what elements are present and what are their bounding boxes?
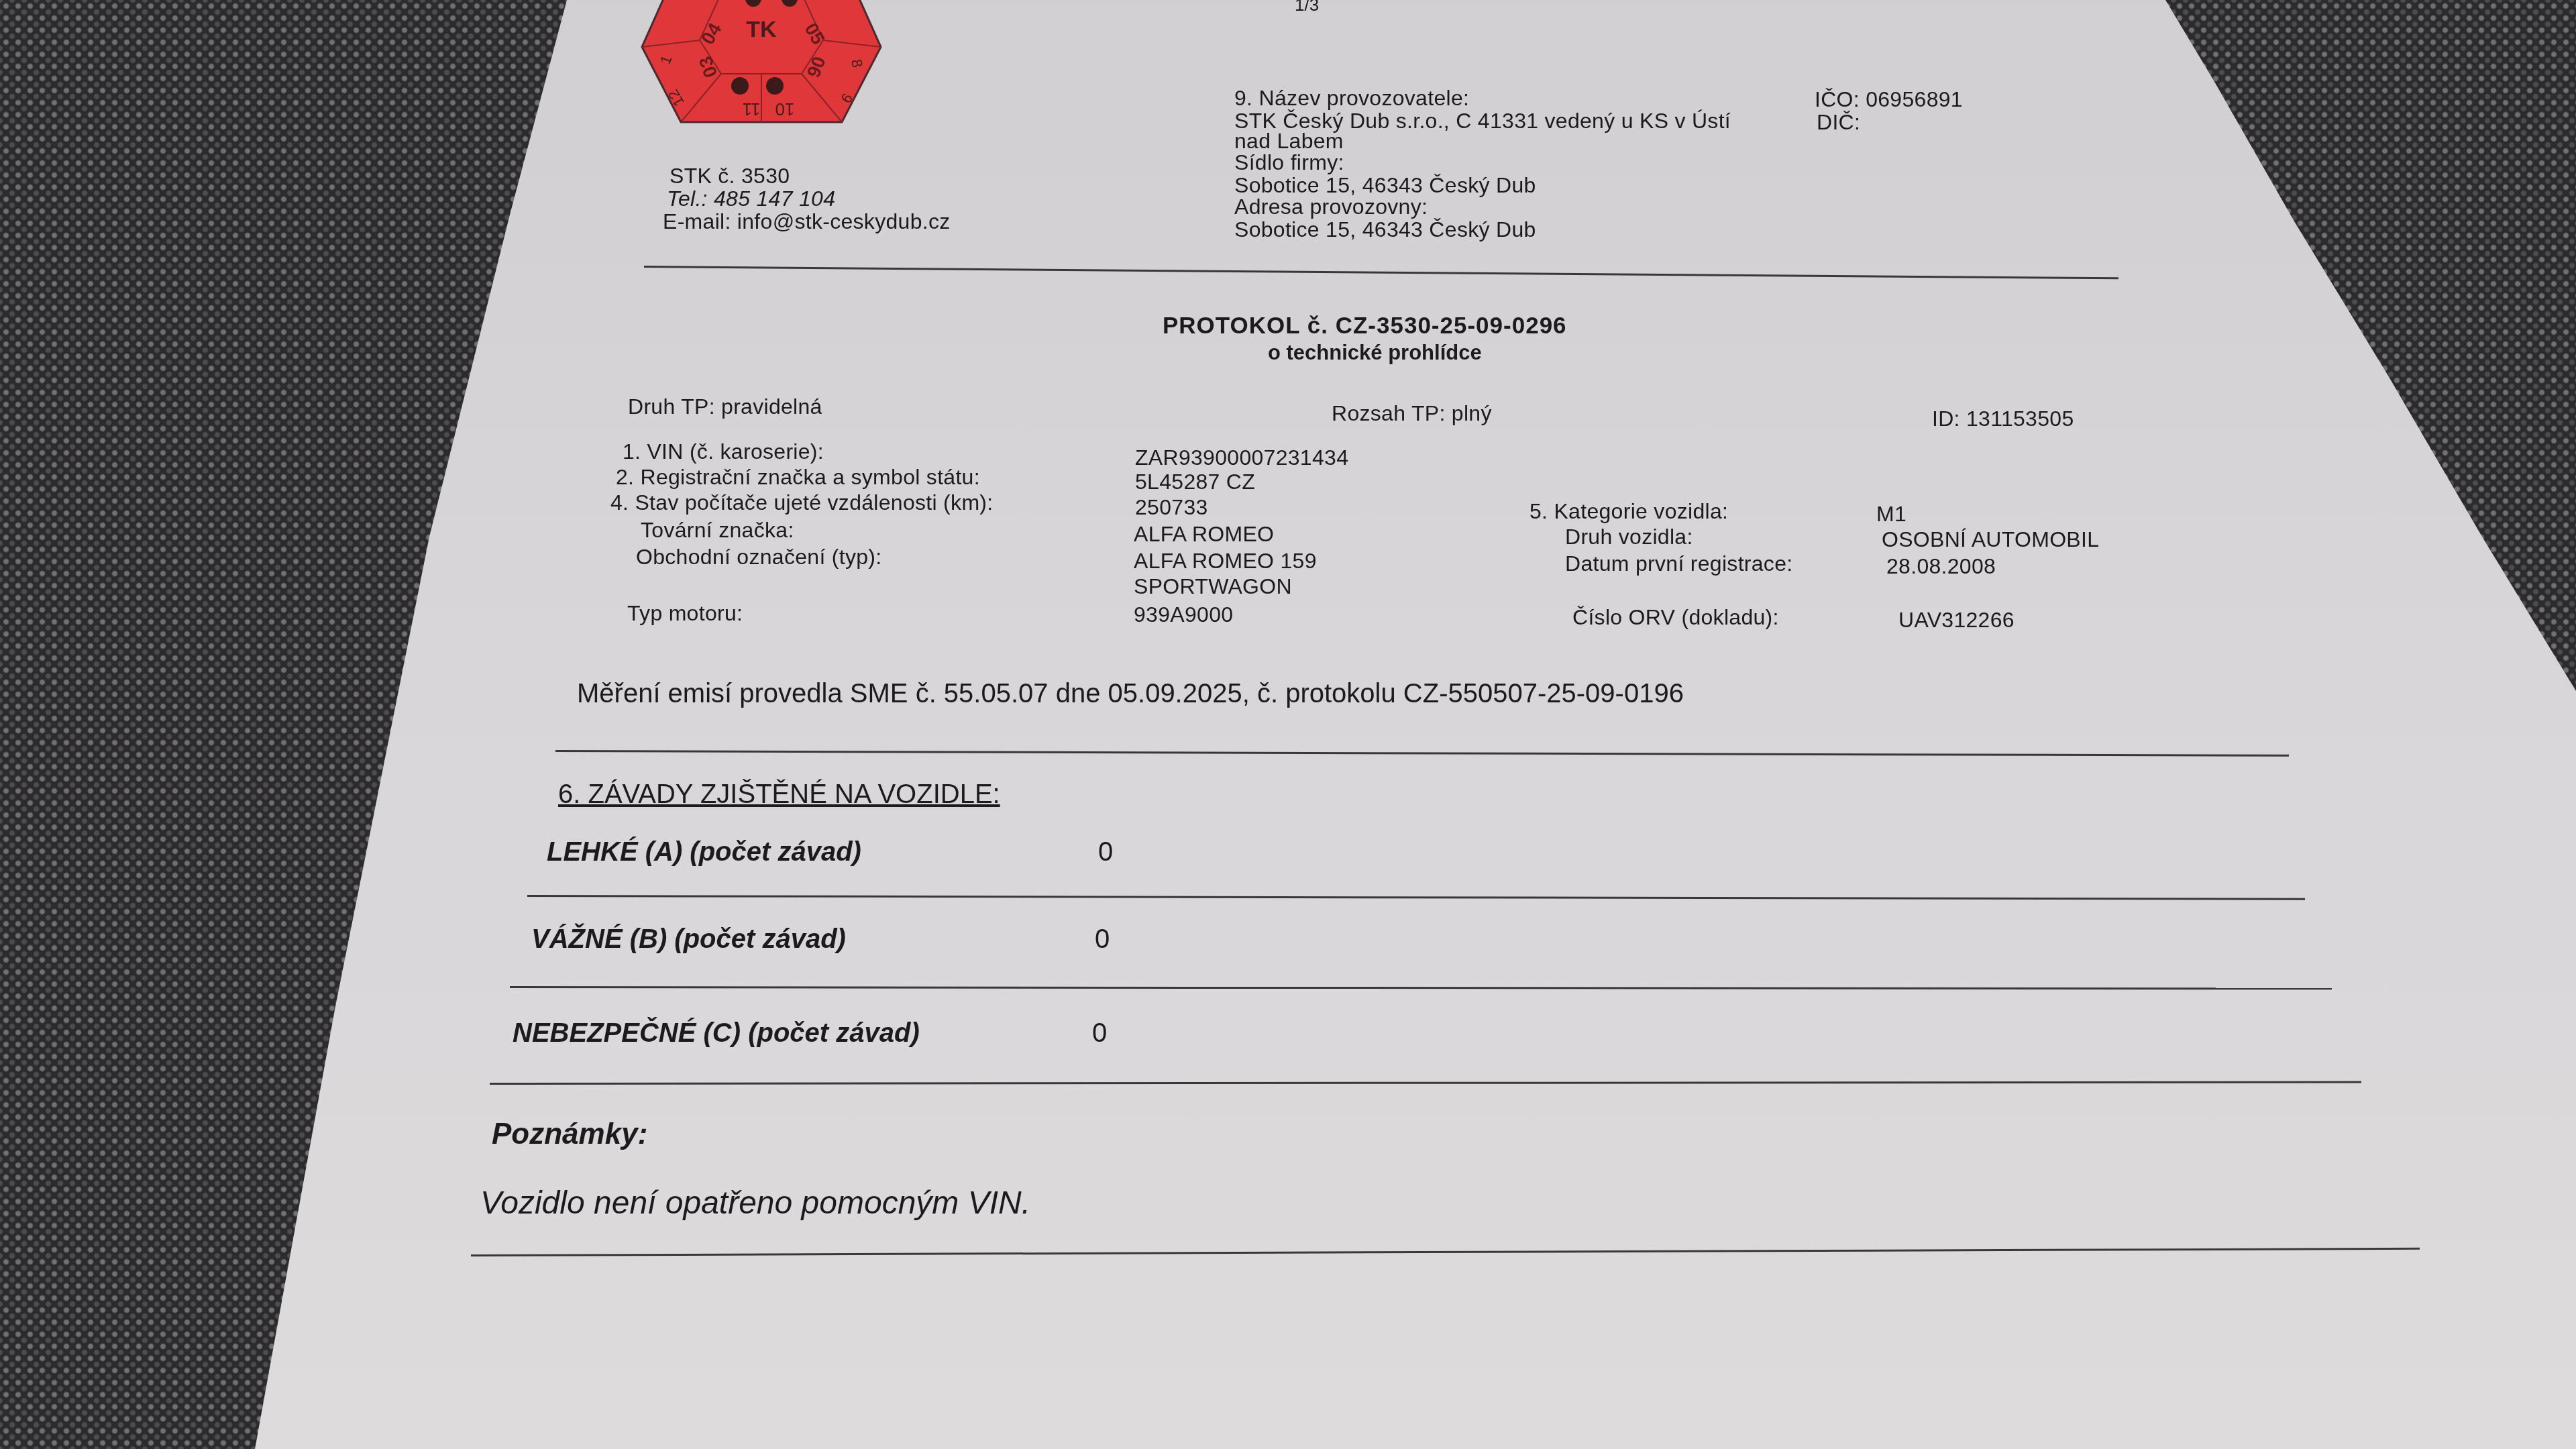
make-value: ALFA ROMEO xyxy=(1134,522,1274,547)
defect-dangerous-count: 0 xyxy=(1092,1018,1107,1049)
model-value: ALFA ROMEO 159 xyxy=(1134,549,1317,574)
stk-hexagon-logo-icon: TK 11 10 04 05 03 06 1 12 8 9 xyxy=(641,0,882,124)
inspection-scope: Rozsah TP: plný xyxy=(1332,401,1492,426)
operator-address-value: Sobotice 15, 46343 Český Dub xyxy=(1234,217,1536,242)
page-indicator: 1/3 xyxy=(1295,0,1319,15)
emissions-divider xyxy=(555,750,2289,757)
defect-divider xyxy=(490,1081,2361,1085)
notes-text: Vozidlo není opatřeno pomocným VIN. xyxy=(480,1185,1030,1222)
protocol-title: PROTOKOL č. CZ-3530-25-09-0296 xyxy=(1163,313,1567,339)
engine-type-value: 939A9000 xyxy=(1134,602,1233,627)
inspection-type: Druh TP: pravidelná xyxy=(628,394,822,419)
defect-divider xyxy=(527,895,2305,900)
registration-value: 5L45287 CZ xyxy=(1135,470,1255,494)
logo-center-text: TK xyxy=(746,17,777,42)
station-number: STK č. 3530 xyxy=(669,164,790,189)
category-label: 5. Kategorie vozidla: xyxy=(1529,499,1728,524)
svg-text:10: 10 xyxy=(775,99,795,119)
svg-text:11: 11 xyxy=(743,99,761,119)
defect-major-label: VÁŽNÉ (B) (počet závad) xyxy=(531,924,846,955)
odometer-value: 250733 xyxy=(1135,495,1208,520)
notes-heading: Poznámky: xyxy=(492,1118,647,1151)
defect-major-count: 0 xyxy=(1095,924,1110,955)
registration-label: 2. Registrační značka a symbol státu: xyxy=(616,465,980,490)
operator-seat-label: Sídlo firmy: xyxy=(1234,150,1344,175)
vin-value: ZAR93900007231434 xyxy=(1135,445,1348,470)
orv-number-label: Číslo ORV (dokladu): xyxy=(1572,605,1779,630)
vin-label: 1. VIN (č. karoserie): xyxy=(623,439,824,464)
orv-number-value: UAV312266 xyxy=(1898,608,2015,633)
defect-divider xyxy=(510,986,2332,989)
model-value-line2: SPORTWAGON xyxy=(1134,574,1292,599)
notes-divider xyxy=(471,1248,2420,1256)
header-divider xyxy=(644,266,2118,279)
first-registration-label: Datum první registrace: xyxy=(1565,551,1792,576)
vehicle-kind-label: Druh vozidla: xyxy=(1565,525,1693,549)
defect-minor-label: LEHKÉ (A) (počet závad) xyxy=(547,837,861,867)
operator-label: 9. Název provozovatele: xyxy=(1234,86,1469,111)
odometer-label: 4. Stav počítače ujeté vzdálenosti (km): xyxy=(610,490,993,515)
model-label: Obchodní označení (typ): xyxy=(636,545,882,570)
vehicle-kind-value: OSOBNÍ AUTOMOBIL xyxy=(1882,527,2099,552)
make-label: Tovární značka: xyxy=(641,518,794,543)
inspection-id: ID: 131153505 xyxy=(1932,407,2074,431)
protocol-subtitle: o technické prohlídce xyxy=(1268,341,1482,365)
first-registration-value: 28.08.2008 xyxy=(1886,554,1996,579)
defect-dangerous-label: NEBEZPEČNÉ (C) (počet závad) xyxy=(513,1018,920,1049)
category-value: M1 xyxy=(1876,502,1907,527)
station-phone: Tel.: 485 147 104 xyxy=(667,186,835,211)
defect-minor-count: 0 xyxy=(1098,837,1113,867)
emissions-statement: Měření emisí provedla SME č. 55.05.07 dn… xyxy=(577,679,1684,709)
engine-type-label: Typ motoru: xyxy=(627,601,743,626)
operator-dic: DIČ: xyxy=(1817,110,1860,135)
station-email: E-mail: info@stk-ceskydub.cz xyxy=(663,209,951,234)
defects-heading: 6. ZÁVADY ZJIŠTĚNÉ NA VOZIDLE: xyxy=(558,780,1000,810)
operator-ico: IČO: 06956891 xyxy=(1815,87,1963,112)
inspection-protocol-page: 1/3 TK 11 10 04 05 03 06 1 12 8 9 STK č.… xyxy=(0,0,2576,1449)
operator-address-label: Adresa provozovny: xyxy=(1234,195,1428,219)
